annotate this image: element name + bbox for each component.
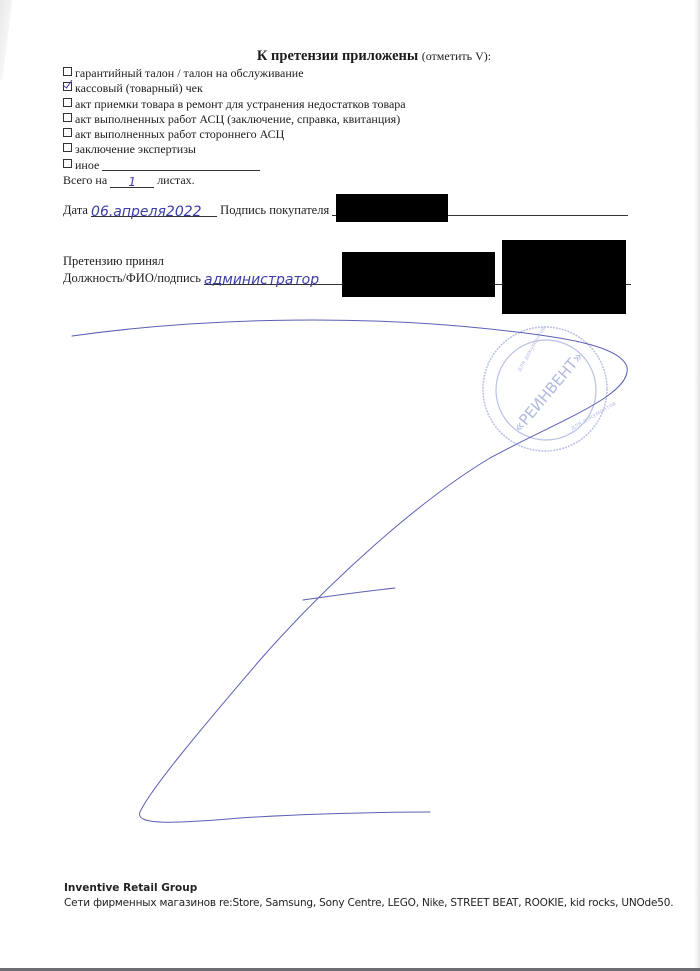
company-stamp: «РЕИНВЕНТ» для документов для документов xyxy=(483,325,618,451)
stamp-ring-text: для документов xyxy=(516,325,548,373)
z-crossbar-stroke xyxy=(303,588,395,600)
footer: Inventive Retail Group Сети фирменных ма… xyxy=(64,882,673,909)
handwriting-overlay: «РЕИНВЕНТ» для документов для документов xyxy=(0,0,700,971)
footer-brand: Inventive Retail Group xyxy=(64,882,673,894)
footer-stores: Сети фирменных магазинов re:Store, Samsu… xyxy=(64,897,673,909)
